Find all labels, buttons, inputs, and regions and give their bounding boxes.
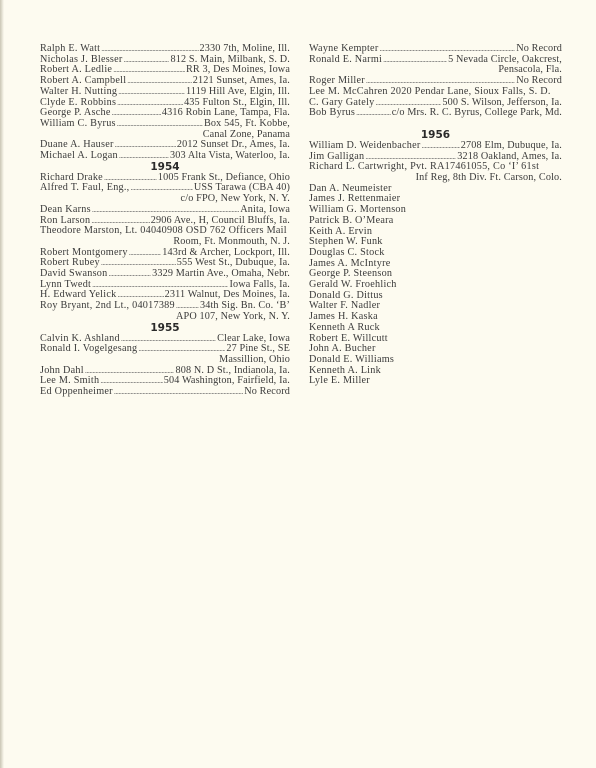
dot-leader	[112, 108, 161, 119]
member-address: 303 Alta Vista, Waterloo, Ia.	[170, 151, 290, 162]
member-name: Dean Karns	[40, 205, 91, 216]
dot-leader	[127, 76, 191, 87]
directory-column-right: Wayne KempterNo RecordRonald E. Narmi5 N…	[309, 44, 562, 387]
dot-leader	[108, 269, 151, 280]
member-name: Michael A. Logan	[40, 151, 118, 162]
member-name: William C. Byrus	[40, 119, 116, 130]
directory-entry: Richard L. Cartwright, Pvt. RA17461055, …	[309, 162, 562, 183]
member-address-continuation: APO 107, New York, N. Y.	[40, 312, 290, 323]
page-edge-shadow	[0, 0, 4, 768]
member-name: Alfred T. Faul, Eng.,	[40, 183, 129, 194]
directory-entry: Walter H. Nutting1119 Hill Ave, Elgin, I…	[40, 87, 290, 98]
member-name: Ed Oppenheimer	[40, 387, 113, 398]
dot-leader	[138, 344, 225, 355]
dot-leader	[118, 87, 185, 98]
directory-entry: Theodore Marston, Lt. 04040908 OSD 762 O…	[40, 226, 290, 247]
dot-leader	[422, 141, 460, 152]
dot-leader	[114, 387, 243, 398]
member-name: Roy Bryant, 2nd Lt., 04017389	[40, 301, 175, 312]
directory-entry: Michael A. Logan303 Alta Vista, Waterloo…	[40, 151, 290, 162]
directory-entry: William C. ByrusBox 545, Ft. Kobbe,Canal…	[40, 119, 290, 140]
directory-entry: Lee M. McCahren 2020 Pendar Lane, Sioux …	[309, 87, 562, 98]
member-name: Walter H. Nutting	[40, 87, 117, 98]
directory-entry: Alfred T. Faul, Eng.,USS Tarawa (CBA 40)…	[40, 183, 290, 204]
directory-entry: Ronald I. Vogelgesang27 Pine St., SEMass…	[40, 344, 290, 365]
dot-leader	[124, 55, 170, 66]
dot-leader	[119, 151, 169, 162]
directory-entry: Bob Byrusc/o Mrs. R. C. Byrus, College P…	[309, 108, 562, 119]
dot-leader	[117, 119, 203, 130]
dot-leader	[129, 248, 162, 259]
dot-leader	[115, 140, 176, 151]
member-name-no-address: Patrick B. O’Meara	[309, 216, 562, 227]
directory-column-left: Ralph E. Watt2330 7th, Moline, Ill.Nicho…	[40, 44, 290, 398]
dot-leader	[383, 55, 447, 66]
dot-leader	[356, 108, 391, 119]
member-name: Bob Byrus	[309, 108, 355, 119]
directory-entry: Dean KarnsAnita, Iowa	[40, 205, 290, 216]
class-year-heading: 1955	[40, 323, 290, 334]
directory-entry: Roy Bryant, 2nd Lt., 0401738934th Sig. B…	[40, 301, 290, 322]
dot-leader	[92, 205, 239, 216]
directory-entry: Ronald E. Narmi5 Nevada Circle, Oakcrest…	[309, 55, 562, 76]
member-name: Ronald E. Narmi	[309, 55, 382, 66]
member-name: Lee M. McCahren 2020 Pendar Lane, Sioux …	[309, 87, 551, 98]
member-name-no-address: Kenneth A Ruck	[309, 323, 562, 334]
member-address: No Record	[244, 387, 290, 398]
member-address: Anita, Iowa	[240, 205, 290, 216]
member-name-no-address: Lyle E. Miller	[309, 376, 562, 387]
member-address: 1119 Hill Ave, Elgin, Ill.	[186, 87, 290, 98]
member-name: Ronald I. Vogelgesang	[40, 344, 137, 355]
member-address: c/o Mrs. R. C. Byrus, College Park, Md.	[392, 108, 562, 119]
directory-entry: Ed OppenheimerNo Record	[40, 387, 290, 398]
member-address-continuation: Inf Reg, 8th Div. Ft. Carson, Colo.	[309, 173, 562, 184]
